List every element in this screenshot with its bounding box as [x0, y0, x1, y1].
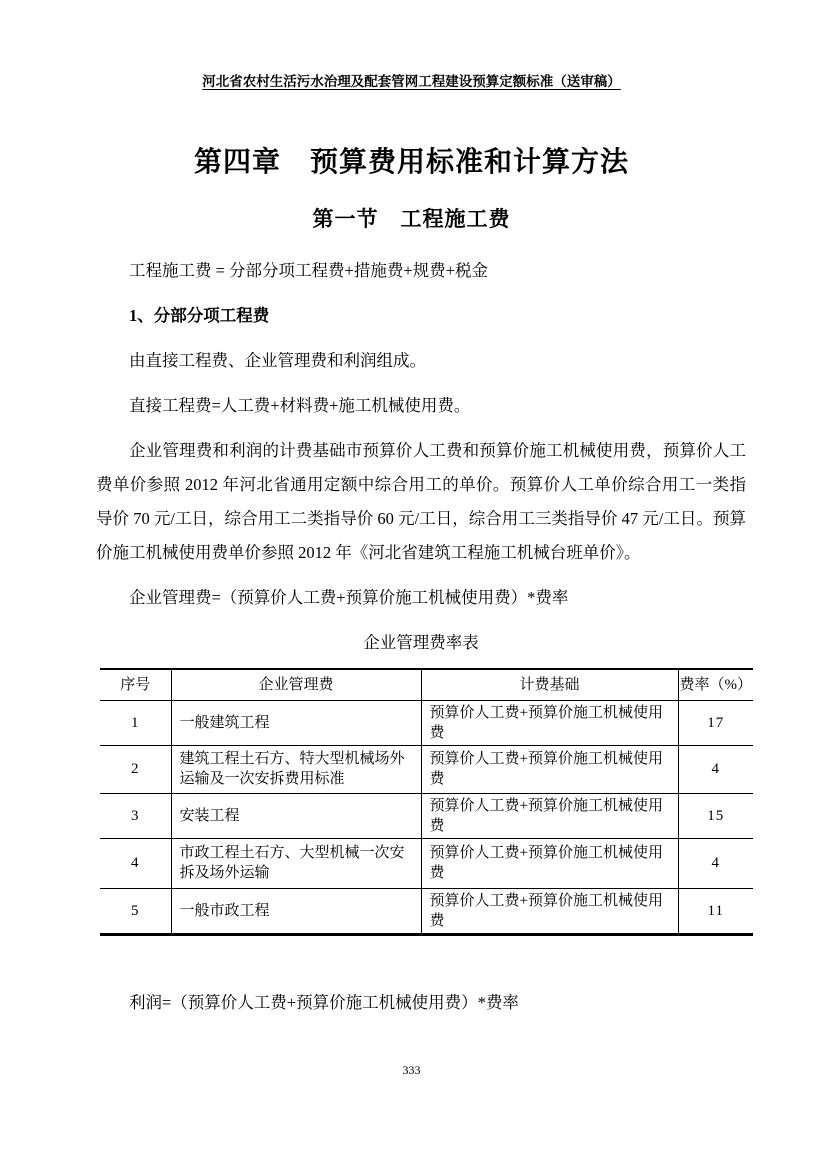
cell-name: 市政工程土石方、大型机械一次安拆及场外运输 — [171, 838, 421, 888]
cell-base: 预算价人工费+预算价施工机械使用费 — [421, 793, 678, 838]
paragraph-direct-cost: 直接工程费=人工费+材料费+施工机械使用费。 — [96, 389, 746, 423]
table-header-base: 计费基础 — [421, 669, 678, 700]
page-header-text: 河北省农村生活污水治理及配套管网工程建设预算定额标准（送审稿） — [202, 74, 621, 89]
cell-seq: 5 — [100, 888, 171, 934]
cell-name: 建筑工程土石方、特大型机械场外运输及一次安拆费用标准 — [171, 745, 421, 793]
table-row: 4 市政工程土石方、大型机械一次安拆及场外运输 预算价人工费+预算价施工机械使用… — [100, 838, 753, 888]
table-header-row: 序号 企业管理费 计费基础 费率（%） — [100, 669, 753, 700]
table-row: 2 建筑工程土石方、特大型机械场外运输及一次安拆费用标准 预算价人工费+预算价施… — [100, 745, 753, 793]
table-header-seq: 序号 — [100, 669, 171, 700]
cell-rate: 17 — [678, 700, 753, 745]
document-page: 河北省农村生活污水治理及配套管网工程建设预算定额标准（送审稿） 第四章 预算费用… — [0, 0, 823, 1165]
table-title: 企业管理费率表 — [96, 626, 746, 660]
cell-base: 预算价人工费+预算价施工机械使用费 — [421, 838, 678, 888]
cell-base: 预算价人工费+预算价施工机械使用费 — [421, 888, 678, 934]
management-fee-rate-table: 序号 企业管理费 计费基础 费率（%） 1 一般建筑工程 预算价人工费+预算价施… — [100, 668, 753, 936]
table-header-name: 企业管理费 — [171, 669, 421, 700]
cell-seq: 3 — [100, 793, 171, 838]
paragraph-profit-formula: 利润=（预算价人工费+预算价施工机械使用费）*费率 — [96, 986, 746, 1020]
cell-rate: 4 — [678, 745, 753, 793]
table-row: 5 一般市政工程 预算价人工费+预算价施工机械使用费 11 — [100, 888, 753, 934]
paragraph-composition: 由直接工程费、企业管理费和利润组成。 — [96, 344, 746, 378]
cell-base: 预算价人工费+预算价施工机械使用费 — [421, 745, 678, 793]
cell-seq: 2 — [100, 745, 171, 793]
cell-name: 安装工程 — [171, 793, 421, 838]
paragraph-mgmt-formula: 企业管理费=（预算价人工费+预算价施工机械使用费）*费率 — [96, 581, 746, 615]
cell-base: 预算价人工费+预算价施工机械使用费 — [421, 700, 678, 745]
cell-name: 一般市政工程 — [171, 888, 421, 934]
cell-rate: 4 — [678, 838, 753, 888]
page-header: 河北省农村生活污水治理及配套管网工程建设预算定额标准（送审稿） — [0, 70, 823, 90]
page-number: 333 — [0, 1063, 823, 1078]
heading-item1: 1、分部分项工程费 — [96, 299, 746, 333]
table-row: 3 安装工程 预算价人工费+预算价施工机械使用费 15 — [100, 793, 753, 838]
table-header-rate: 费率（%） — [678, 669, 753, 700]
document-body: 工程施工费 = 分部分项工程费+措施费+规费+税金 1、分部分项工程费 由直接工… — [96, 254, 746, 1031]
chapter-title: 第四章 预算费用标准和计算方法 — [0, 140, 823, 180]
cell-seq: 1 — [100, 700, 171, 745]
cell-seq: 4 — [100, 838, 171, 888]
paragraph-basis: 企业管理费和利润的计费基础市预算价人工费和预算价施工机械使用费，预算价人工费单价… — [96, 434, 746, 570]
cell-rate: 15 — [678, 793, 753, 838]
table-row: 1 一般建筑工程 预算价人工费+预算价施工机械使用费 17 — [100, 700, 753, 745]
section-title: 第一节 工程施工费 — [0, 203, 823, 233]
paragraph-total-formula: 工程施工费 = 分部分项工程费+措施费+规费+税金 — [96, 254, 746, 288]
cell-name: 一般建筑工程 — [171, 700, 421, 745]
cell-rate: 11 — [678, 888, 753, 934]
